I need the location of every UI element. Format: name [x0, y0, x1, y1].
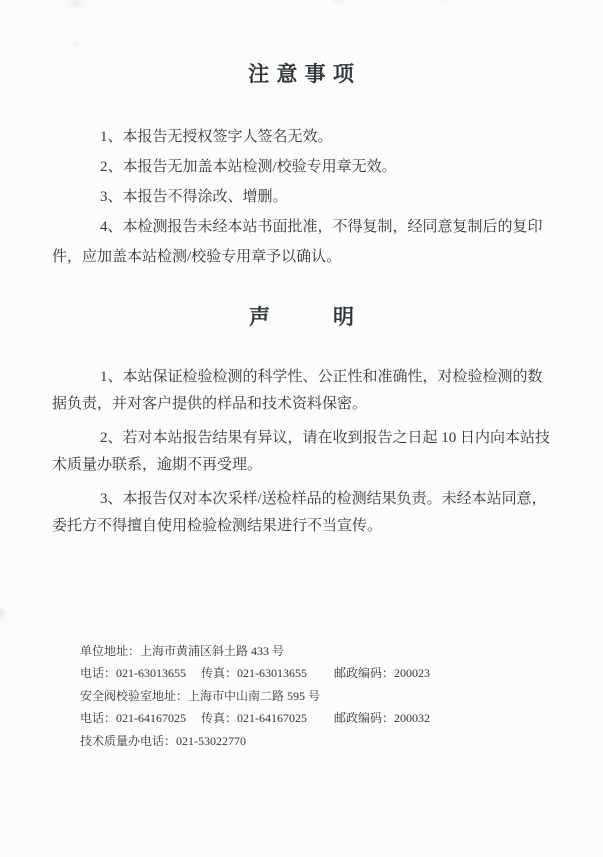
footer-phone-fax-zip: 电话：021-63013655 传真：021-63013655 邮政编码：200… — [80, 662, 430, 684]
footer-valve-phone-fax-zip: 电话：021-64167025 传真：021-64167025 邮政编码：200… — [80, 707, 430, 729]
footer-valve-lab-address: 安全阀校验室地址：上海市中山南二路 595 号 — [80, 685, 430, 707]
notice-item: 2、本报告无加盖本站检测/校验专用章无效。 — [52, 152, 557, 182]
scan-artifact — [70, 1, 82, 6]
notice-item-line: 1、本报告无授权签字人签名无效。 — [52, 122, 557, 152]
declaration-item: 3、本报告仅对本次采样/送检样品的检测结果负责。未经本站同意， 委托方不得擅自使… — [52, 486, 557, 540]
footer-quality-office-phone: 技术质量办电话：021-53022770 — [80, 730, 430, 752]
declaration-item-line: 1、本站保证检验检测的科学性、公正性和准确性，对检验检测的数 — [52, 364, 557, 391]
notice-item-line: 2、本报告无加盖本站检测/校验专用章无效。 — [52, 152, 557, 182]
notice-list: 1、本报告无授权签字人签名无效。 2、本报告无加盖本站检测/校验专用章无效。 3… — [52, 122, 557, 272]
notice-item: 4、本检测报告未经本站书面批准，不得复制，经同意复制后的复印 件，应加盖本站检测… — [52, 212, 557, 272]
scan-artifact — [72, 42, 79, 47]
scan-artifact — [0, 608, 5, 619]
notice-item-line: 3、本报告不得涂改、增删。 — [52, 182, 557, 212]
declaration-item-line: 术质量办联系，逾期不再受理。 — [52, 452, 557, 479]
notice-item-line: 件，应加盖本站检测/校验专用章予以确认。 — [52, 242, 557, 272]
declaration-item: 2、若对本站报告结果有异议，请在收到报告之日起 10 日内向本站技 术质量办联系… — [52, 425, 557, 479]
notice-item: 3、本报告不得涂改、增删。 — [52, 182, 557, 212]
declaration-item-line: 委托方不得擅自使用检验检测结果进行不当宣传。 — [52, 513, 557, 540]
declaration-item-line: 据负责，并对客户提供的样品和技术资料保密。 — [52, 391, 557, 418]
notice-item: 1、本报告无授权签字人签名无效。 — [52, 122, 557, 152]
footer-unit-address: 单位地址：上海市黄浦区斜土路 433 号 — [80, 640, 430, 662]
declaration-item-line: 2、若对本站报告结果有异议，请在收到报告之日起 10 日内向本站技 — [52, 425, 557, 452]
contact-footer: 单位地址：上海市黄浦区斜土路 433 号 电话：021-63013655 传真：… — [80, 640, 430, 752]
declaration-title: 声 明 — [0, 301, 603, 331]
report-notice-page: 注 意 事 项 1、本报告无授权签字人签名无效。 2、本报告无加盖本站检测/校验… — [0, 0, 603, 857]
notice-title: 注 意 事 项 — [0, 58, 603, 88]
declaration-item: 1、本站保证检验检测的科学性、公正性和准确性，对检验检测的数 据负责，并对客户提… — [52, 364, 557, 418]
scan-artifact — [440, 0, 449, 2]
declaration-list: 1、本站保证检验检测的科学性、公正性和准确性，对检验检测的数 据负责，并对客户提… — [52, 364, 557, 547]
notice-item-line: 4、本检测报告未经本站书面批准，不得复制，经同意复制后的复印 — [52, 212, 557, 242]
scan-artifact — [332, 0, 346, 3]
declaration-item-line: 3、本报告仅对本次采样/送检样品的检测结果负责。未经本站同意， — [52, 486, 557, 513]
